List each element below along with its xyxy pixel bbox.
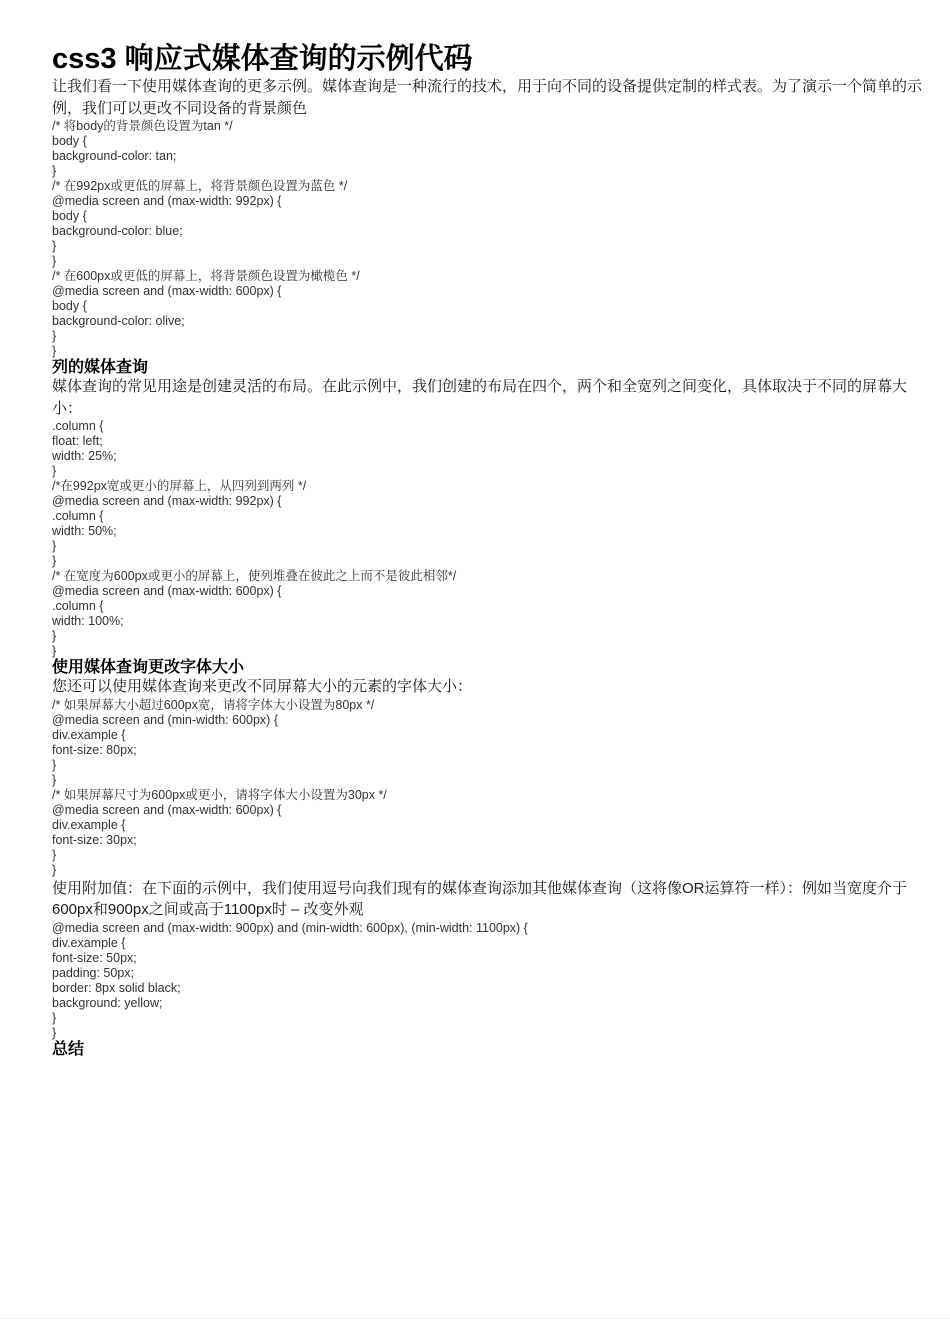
code-block-background-colors: /* 将body的背景颜色设置为tan */ body { background… bbox=[52, 119, 922, 359]
intro-paragraph: 让我们看一下使用媒体查询的更多示例。媒体查询是一种流行的技术，用于向不同的设备提… bbox=[52, 76, 922, 119]
columns-paragraph: 媒体查询的常见用途是创建灵活的布局。在此示例中，我们创建的布局在四个，两个和全宽… bbox=[52, 376, 922, 419]
bottom-divider bbox=[0, 1318, 950, 1319]
font-size-paragraph: 您还可以使用媒体查询来更改不同屏幕大小的元素的字体大小： bbox=[52, 676, 922, 698]
additional-values-paragraph: 使用附加值：在下面的示例中，我们使用逗号向我们现有的媒体查询添加其他媒体查询（这… bbox=[52, 878, 922, 921]
code-block-font-size: /* 如果屏幕大小超过600px宽，请将字体大小设置为80px */ @medi… bbox=[52, 698, 922, 878]
code-block-columns: .column { float: left; width: 25%; } /*在… bbox=[52, 419, 922, 659]
article-page: css3 响应式媒体查询的示例代码 让我们看一下使用媒体查询的更多示例。媒体查询… bbox=[0, 0, 950, 1058]
section-heading-summary: 总结 bbox=[52, 1041, 922, 1058]
section-heading-columns: 列的媒体查询 bbox=[52, 359, 922, 376]
page-title: css3 响应式媒体查询的示例代码 bbox=[52, 42, 922, 76]
code-block-additional-values: @media screen and (max-width: 900px) and… bbox=[52, 921, 922, 1041]
section-heading-font-size: 使用媒体查询更改字体大小 bbox=[52, 659, 922, 676]
